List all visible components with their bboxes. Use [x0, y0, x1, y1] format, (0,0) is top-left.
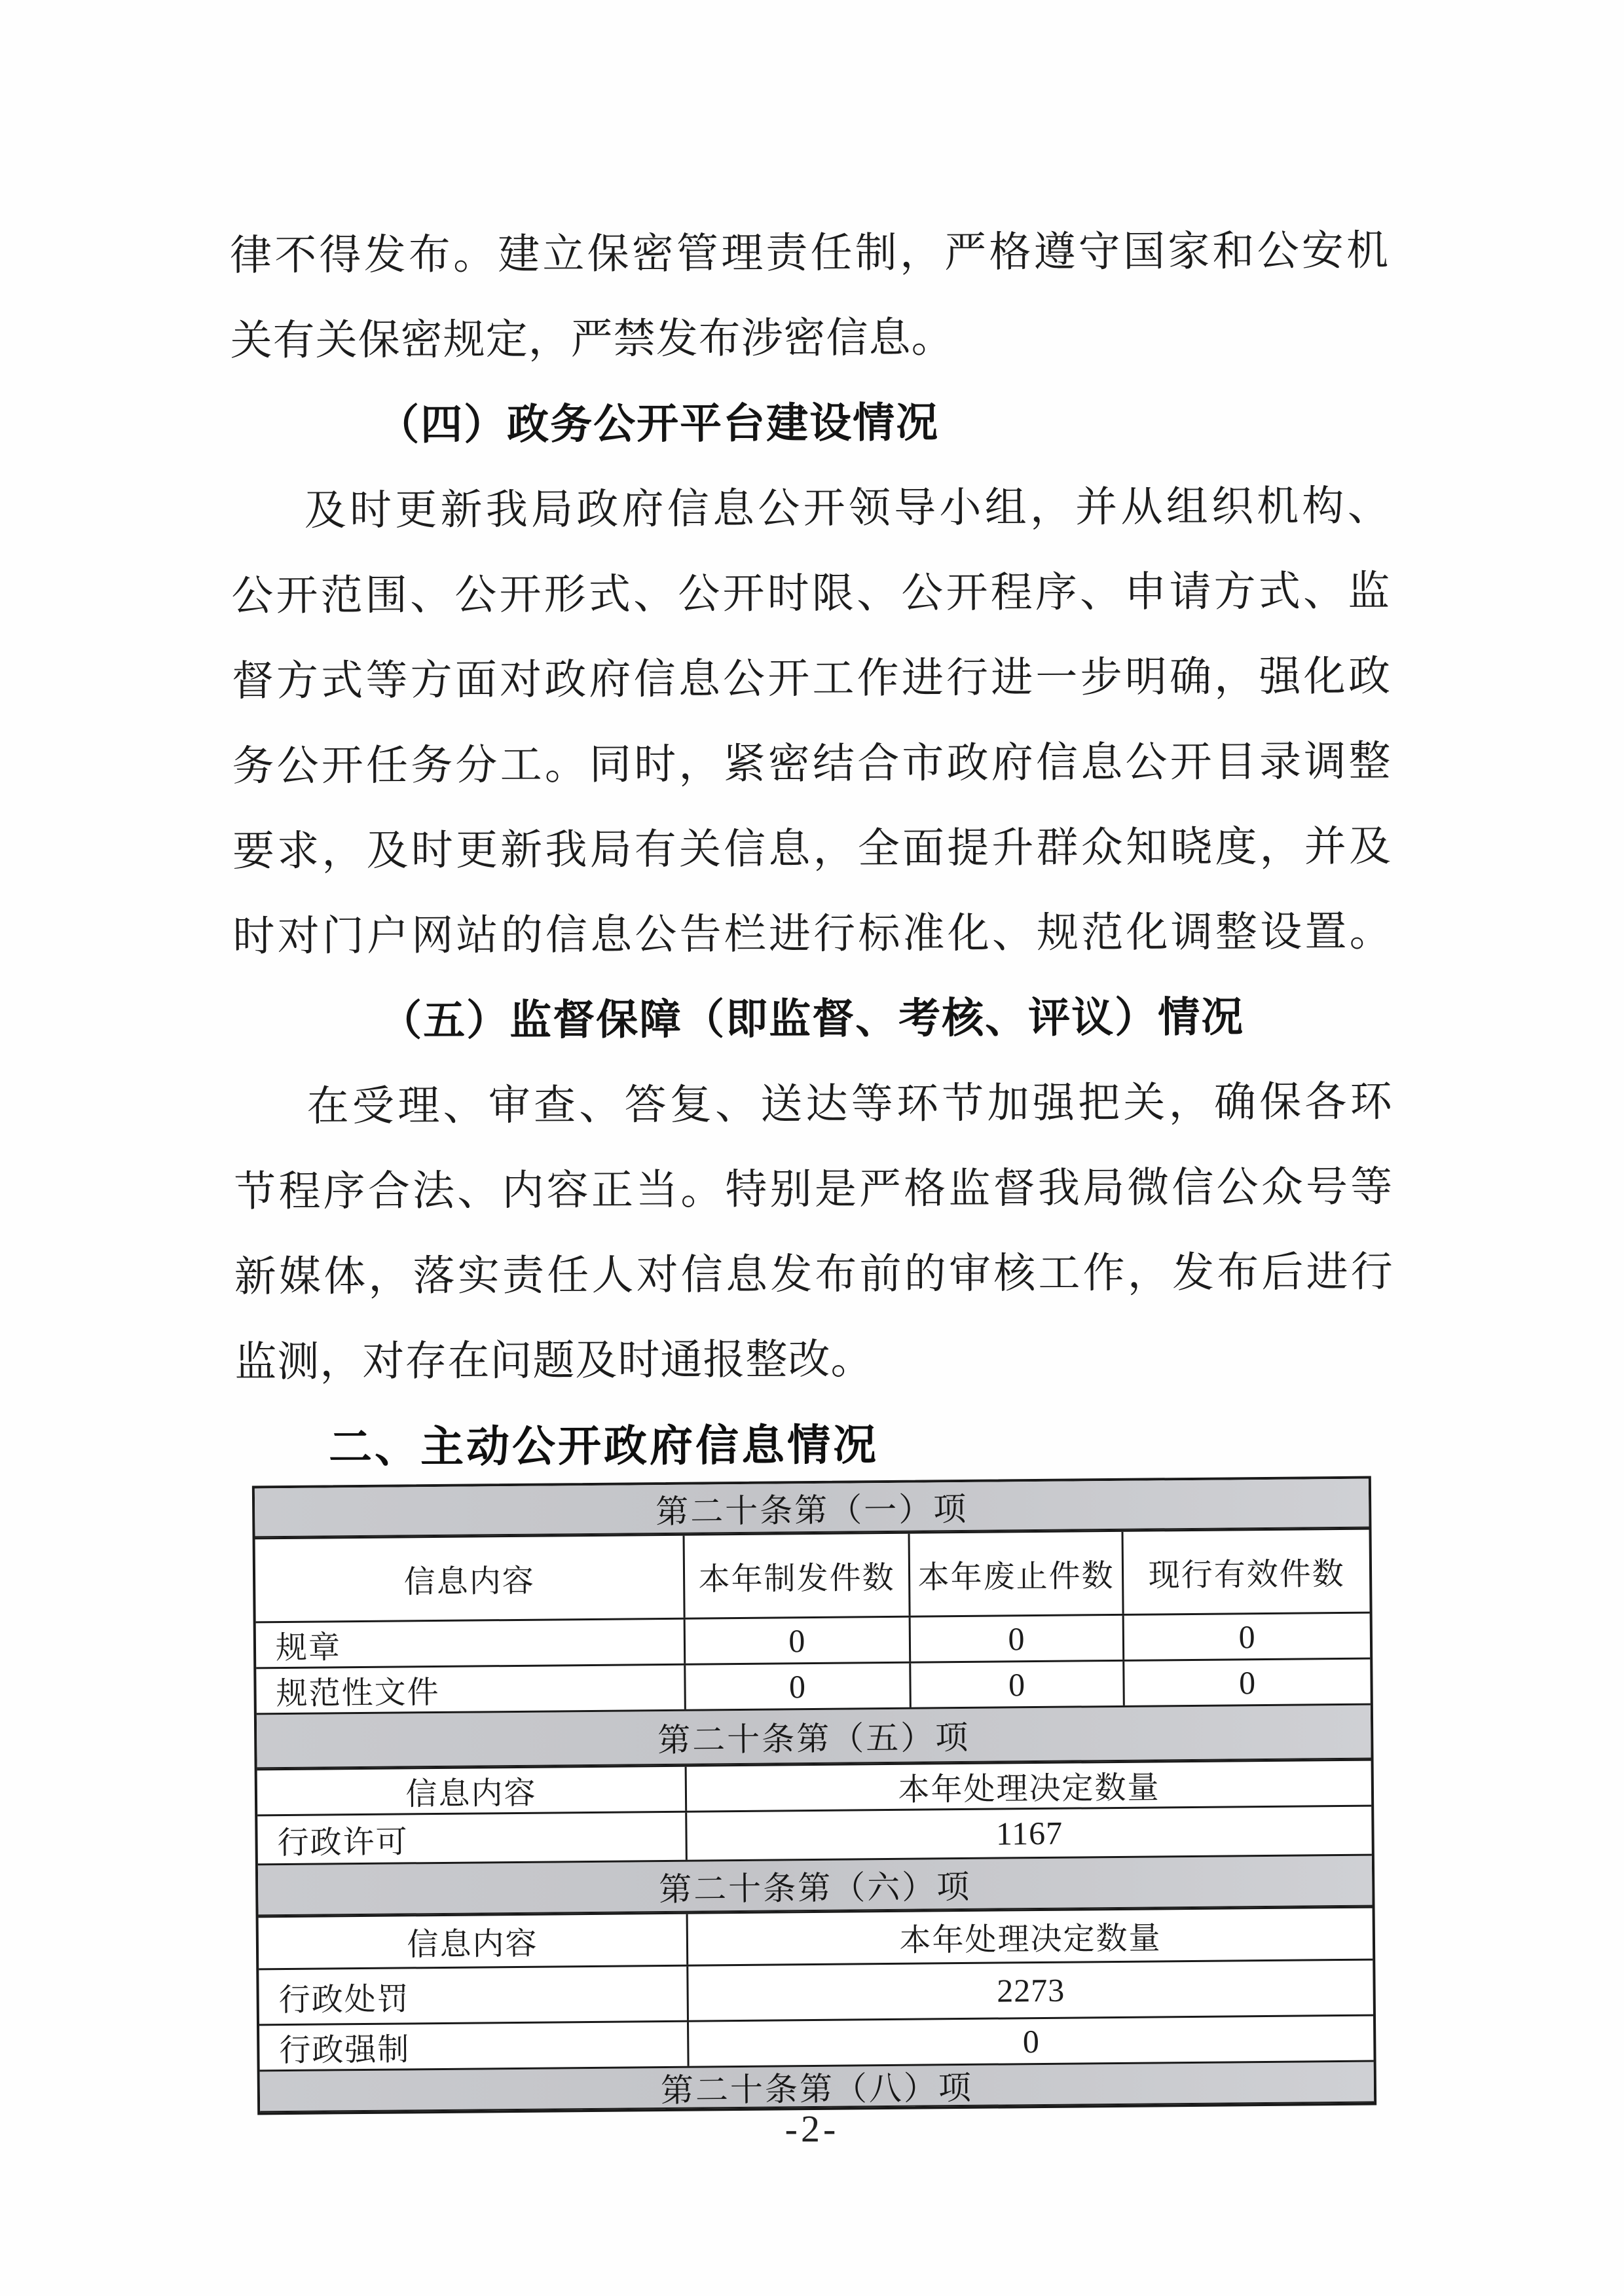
body-line: 监测，对存在问题及时通报整改。	[234, 1315, 1394, 1405]
table-header-cell: 信息内容	[255, 1536, 684, 1622]
table-header-cell: 本年废止件数	[908, 1532, 1122, 1616]
body-line: 要求，及时更新我局有关信息，全面提升群众知晓度，并及	[232, 804, 1392, 894]
body-line: 公开范围、公开形式、公开时限、公开程序、申请方式、监	[231, 549, 1391, 639]
row-label-cell: 行政许可	[257, 1813, 686, 1864]
body-line: 新媒体，落实责任人对信息发布前的审核工作，发布后进行	[234, 1230, 1394, 1320]
table-header-cell: 信息内容	[257, 1767, 686, 1815]
row-value-cell: 0	[908, 1616, 1122, 1662]
table-band-label: 第二十条第（八）项	[661, 2062, 974, 2111]
table-header-row: 信息内容本年处理决定数量	[257, 1759, 1372, 1815]
body-line: 时对门户网站的信息公告栏进行标准化、规范化调整设置。	[232, 889, 1392, 979]
disclosure-statistics-table: 第二十条第（一）项信息内容本年制发件数本年废止件数现行有效件数规章000规范性文…	[252, 1476, 1376, 2115]
chapter-heading: 二、主动公开政府信息情况	[235, 1400, 1395, 1490]
row-value-cell: 0	[684, 1664, 909, 1709]
row-value-cell: 1167	[685, 1807, 1371, 1860]
body-text-block: 律不得发布。建立保密管理责任制，严格遵守国家和公安机关有关保密规定，严禁发布涉密…	[230, 208, 1394, 1490]
table-header-cell: 本年制发件数	[683, 1534, 909, 1618]
table-row: 行政许可1167	[257, 1805, 1372, 1864]
table-header-row: 信息内容本年处理决定数量	[259, 1906, 1373, 1969]
row-value-cell: 2273	[686, 1961, 1373, 2020]
table-row: 行政处罚2273	[259, 1959, 1373, 2024]
row-value-cell: 0	[684, 1618, 909, 1664]
table-row: 行政强制0	[259, 2014, 1374, 2070]
table-row: 规章000	[256, 1612, 1371, 1667]
table-header-row: 信息内容本年制发件数本年废止件数现行有效件数	[255, 1528, 1370, 1622]
document-page: 律不得发布。建立保密管理责任制，严格遵守国家和公安机关有关保密规定，严禁发布涉密…	[0, 0, 1624, 2296]
row-value-cell: 0	[687, 2016, 1373, 2066]
section-heading: （五）监督保障（即监督、考核、评议）情况	[233, 974, 1393, 1065]
body-line: 律不得发布。建立保密管理责任制，严格遵守国家和公安机	[230, 208, 1390, 299]
table-band-label: 第二十条第（六）项	[659, 1860, 972, 1910]
table-header-cell: 信息内容	[259, 1914, 687, 1969]
row-label-cell: 行政处罚	[259, 1967, 687, 2024]
table-band: 第二十条第（六）项	[258, 1854, 1373, 1916]
section-heading: （四）政务公开平台建设情况	[231, 378, 1390, 469]
table-header-cell: 本年处理决定数量	[685, 1761, 1371, 1811]
table-header-cell: 现行有效件数	[1122, 1530, 1370, 1614]
body-line: 在受理、审查、答复、送达等环节加强把关，确保各环	[233, 1059, 1393, 1150]
row-label-cell: 规范性文件	[256, 1666, 684, 1713]
body-line: 及时更新我局政府信息公开领导小组，并从组织机构、	[231, 464, 1390, 554]
body-line: 务公开任务分工。同时，紧密结合市政府信息公开目录调整	[232, 719, 1392, 809]
body-line: 关有关保密规定，严禁发布涉密信息。	[230, 293, 1390, 384]
row-label-cell: 规章	[256, 1620, 684, 1667]
table-header-cell: 本年处理决定数量	[686, 1908, 1373, 1965]
body-line: 节程序合法、内容正当。特别是严格监督我局微信公众号等	[234, 1144, 1393, 1235]
row-value-cell: 0	[909, 1662, 1123, 1707]
table-band: 第二十条第（五）项	[257, 1704, 1371, 1769]
table-row: 规范性文件000	[256, 1658, 1371, 1713]
row-value-cell: 0	[1122, 1614, 1370, 1660]
body-line: 督方式等方面对政府信息公开工作进行进一步明确，强化政	[232, 634, 1392, 724]
row-label-cell: 行政强制	[259, 2022, 688, 2070]
page-number: -2-	[0, 2107, 1624, 2151]
table-band-label: 第二十条第（一）项	[655, 1482, 969, 1532]
table-band-label: 第二十条第（五）项	[657, 1711, 970, 1761]
row-value-cell: 0	[1123, 1660, 1371, 1705]
